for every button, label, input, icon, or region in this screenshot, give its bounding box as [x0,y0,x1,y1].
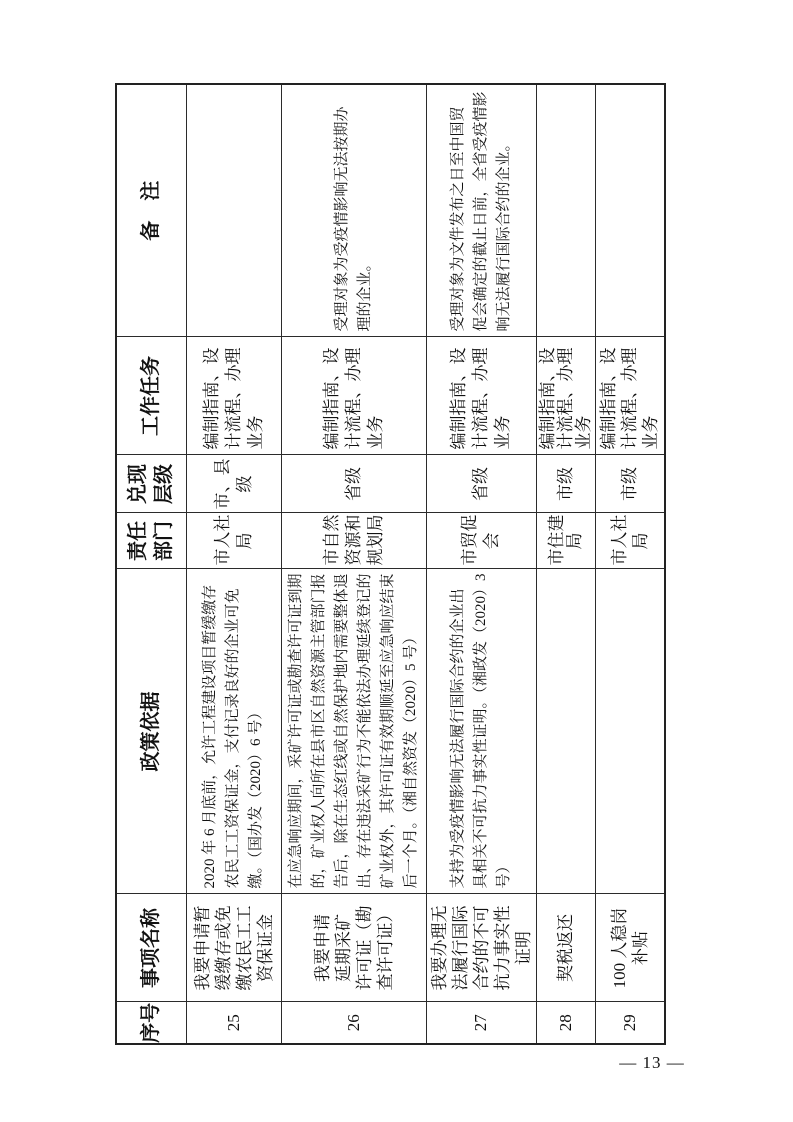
cell-policy-25: 2020 年 6 月底前，允许工程建设项目暂缓缴存 农民工工资保证金，支付记录良… [186,569,281,894]
header-policy-basis: 政策依据 [116,569,186,894]
header-fulfillment-level: 兑现 层级 [116,455,186,513]
table-header-row: 序号 事项名称 政策依据 责任 部门 兑现 层级 工作任务 备 注 [116,84,186,1044]
cell-note-27: 受理对象为文件发布之日至中国贸 促会确定的截止日前，全省受疫情影 响无法履行国际… [426,84,536,337]
cell-level-28: 市级 [536,455,595,513]
cell-level-26: 省级 [281,455,426,513]
cell-task-26: 编制指南、设 计流程、办理 业务 [281,337,426,455]
document-page: 序号 事项名称 政策依据 责任 部门 兑现 层级 工作任务 备 注 25 我要申… [0,0,793,1122]
cell-policy-27: 支持为受疫情影响无法履行国际合约的企业出 具相关不可抗力事实性证明。（湘政发（2… [426,569,536,894]
cell-dept-28: 市住建 局 [536,513,595,569]
cell-task-28: 编制指南、设 计流程、办理 业务 [536,337,595,455]
header-serial-number: 序号 [116,1002,186,1044]
header-responsible-dept: 责任 部门 [116,513,186,569]
cell-policy-29 [595,569,665,894]
cell-level-25: 市、县 级 [186,455,281,513]
cell-task-25: 编制指南、设 计流程、办理 业务 [186,337,281,455]
header-work-task: 工作任务 [116,337,186,455]
cell-name-28: 契税返还 [536,894,595,1002]
cell-note-29 [595,84,665,337]
table-row: 27 我要办理无 法履行国际 合约的不可 抗力事实性 证明 支持为受疫情影响无法… [426,84,536,1044]
table-row: 29 100 人稳岗 补贴 市人社 局 市级 编制指南、设 计流程、办理 业务 [595,84,665,1044]
cell-name-26: 我要申请 延期采矿 许可证（勘 查许可证） [281,894,426,1002]
cell-policy-26: 在应急响应期间，采矿许可证或勘查许可证到期 的，矿业权人向所在县市区自然资源主管… [281,569,426,894]
table-row: 25 我要申请暂 缓缴存或免 缴农民工工 资保证金 2020 年 6 月底前，允… [186,84,281,1044]
table-row: 28 契税返还 市住建 局 市级 编制指南、设 计流程、办理 业务 [536,84,595,1044]
cell-policy-28 [536,569,595,894]
cell-no-28: 28 [536,1002,595,1044]
cell-level-27: 省级 [426,455,536,513]
cell-name-29: 100 人稳岗 补贴 [595,894,665,1002]
cell-dept-26: 市自然 资源和 规划局 [281,513,426,569]
table-row: 26 我要申请 延期采矿 许可证（勘 查许可证） 在应急响应期间，采矿许可证或勘… [281,84,426,1044]
cell-task-27: 编制指南、设 计流程、办理 业务 [426,337,536,455]
cell-dept-27: 市贸促 会 [426,513,536,569]
header-remarks: 备 注 [116,84,186,337]
cell-no-25: 25 [186,1002,281,1044]
page-number: — 13 — [602,1053,702,1073]
policy-items-table: 序号 事项名称 政策依据 责任 部门 兑现 层级 工作任务 备 注 25 我要申… [115,83,666,1045]
cell-name-25: 我要申请暂 缓缴存或免 缴农民工工 资保证金 [186,894,281,1002]
cell-no-26: 26 [281,1002,426,1044]
cell-note-26: 受理对象为受疫情影响无法按期办 理的企业。 [281,84,426,337]
cell-name-27: 我要办理无 法履行国际 合约的不可 抗力事实性 证明 [426,894,536,1002]
cell-dept-29: 市人社 局 [595,513,665,569]
cell-note-25 [186,84,281,337]
cell-no-29: 29 [595,1002,665,1044]
cell-level-29: 市级 [595,455,665,513]
cell-note-28 [536,84,595,337]
cell-no-27: 27 [426,1002,536,1044]
cell-dept-25: 市人社 局 [186,513,281,569]
cell-task-29: 编制指南、设 计流程、办理 业务 [595,337,665,455]
rotated-table-container: 序号 事项名称 政策依据 责任 部门 兑现 层级 工作任务 备 注 25 我要申… [115,85,657,1045]
header-item-name: 事项名称 [116,894,186,1002]
